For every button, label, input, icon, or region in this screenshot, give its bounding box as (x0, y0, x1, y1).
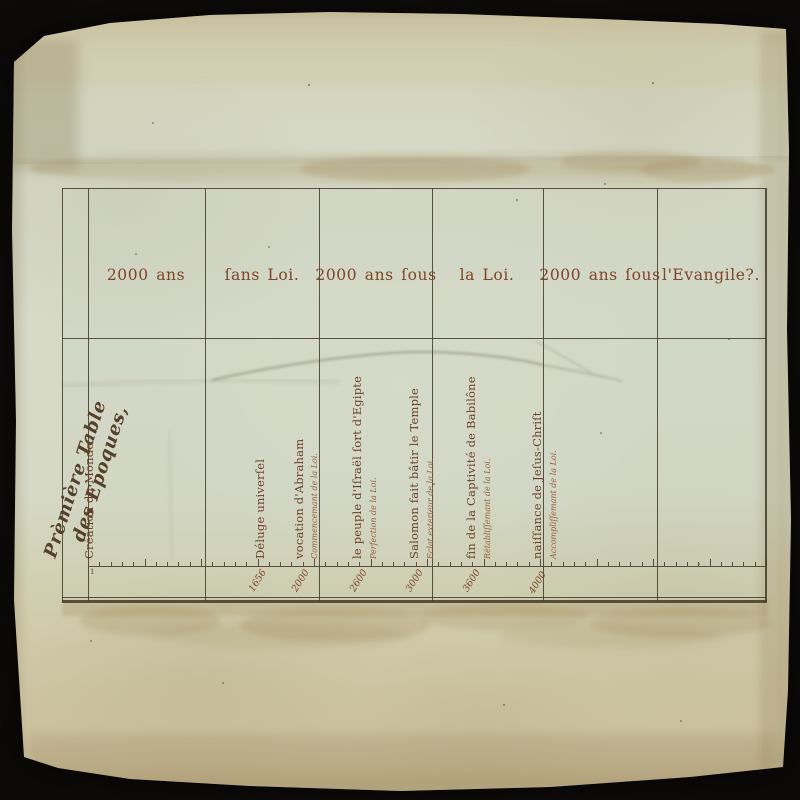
timeline-tick (246, 562, 247, 566)
paper-shadow-wrap: 2000 ans ſans Loi. 2000 ans ſous la Loi.… (0, 0, 800, 800)
timeline-tick (145, 559, 146, 566)
paper-stain (30, 148, 775, 190)
column-divider (319, 188, 320, 601)
column-divider (205, 188, 206, 601)
paper-stain (8, 40, 78, 170)
timeline-tick (269, 562, 270, 566)
paper-stain (300, 156, 530, 182)
period-header-cell: ſans Loi. (225, 266, 300, 284)
timeline-tick (122, 562, 123, 566)
event-label: naiſſance de Jeſus-Chriſt (531, 411, 544, 559)
paper-sheet: 2000 ans ſans Loi. 2000 ans ſous la Loi.… (0, 0, 800, 800)
timeline-tick (710, 559, 711, 566)
table-border-right (765, 189, 767, 602)
timeline-tick (337, 562, 338, 566)
water-tide-mark (80, 606, 220, 636)
timeline-axis (88, 566, 766, 567)
timeline-tick (653, 559, 654, 566)
timeline-tick (201, 559, 202, 566)
event-label: vocation d'Abraham (293, 439, 306, 559)
event-note: Rétabliſſemant de la Loi. (483, 459, 492, 559)
ink-speck (503, 704, 505, 706)
timeline-origin-mark: 1 (90, 568, 94, 576)
water-tide-mark (420, 604, 590, 630)
event-label: Création du Monde (83, 443, 96, 559)
paper-texture (0, 0, 800, 800)
timeline-tick (258, 559, 259, 566)
water-tide-mark (150, 622, 410, 648)
timeline-tick (495, 562, 496, 566)
timeline-tick (382, 562, 383, 566)
ink-speck (90, 640, 92, 642)
timeline-tick (178, 562, 179, 566)
water-tide-mark (500, 624, 720, 648)
timeline-tick (371, 559, 372, 566)
timeline-tick (597, 559, 598, 566)
period-header-cell: 2000 ans ſous (539, 266, 660, 284)
timeline-tick (540, 559, 541, 566)
event-year: 2600 (349, 568, 370, 594)
event-note: Commencemant de la Loi. (310, 453, 319, 559)
timeline-tick (766, 559, 767, 566)
timeline-tick (664, 562, 665, 566)
event-label: fin de la Captivité de Babilône (465, 376, 478, 559)
column-divider (657, 188, 658, 601)
timeline-tick (416, 562, 417, 566)
timeline-tick (427, 559, 428, 566)
table-border-bottom-thick (62, 600, 767, 603)
timeline-tick (393, 562, 394, 566)
timeline-tick (574, 562, 575, 566)
photo-backdrop: 2000 ans ſans Loi. 2000 ans ſous la Loi.… (0, 0, 800, 800)
ink-speck (135, 253, 137, 255)
period-header-cell: la Loi. (460, 266, 515, 284)
ink-speck (152, 122, 154, 124)
header-separator-line (62, 338, 766, 339)
water-tide-mark (62, 602, 767, 616)
paper-stain (30, 735, 775, 787)
event-note: Eclat exterieur de la Loi. (426, 458, 435, 559)
timeline-tick (506, 562, 507, 566)
timeline-tick (167, 562, 168, 566)
water-tide-mark (240, 608, 430, 642)
timeline-tick (551, 562, 552, 566)
ink-speck (698, 563, 700, 565)
timeline-tick (450, 562, 451, 566)
timeline-tick (314, 559, 315, 566)
event-year: 3000 (405, 568, 426, 594)
timeline-tick (743, 562, 744, 566)
timeline-tick (461, 562, 462, 566)
period-header-cell: l'Evangile?. (662, 266, 760, 284)
event-year: 2000 (291, 568, 312, 594)
event-year: 4000 (528, 570, 549, 596)
timeline-tick (529, 562, 530, 566)
timeline-tick (608, 562, 609, 566)
timeline-tick (235, 562, 236, 566)
timeline-tick (404, 562, 405, 566)
paper-stain (640, 158, 760, 182)
ink-speck (728, 338, 730, 340)
period-header-cell: 2000 ans (107, 266, 185, 284)
timeline-tick (156, 562, 157, 566)
event-label: Salomon fait bâtir le Temple (408, 388, 421, 559)
ink-speck (222, 682, 224, 684)
paper-stain (560, 150, 700, 172)
ink-speck (604, 183, 606, 185)
ink-speck (516, 199, 518, 201)
timeline-tick (755, 562, 756, 566)
paper-stain (760, 30, 786, 770)
ink-speck (680, 720, 682, 722)
timeline-tick (325, 562, 326, 566)
timeline-tick (348, 562, 349, 566)
table-border-top (62, 188, 767, 189)
timeline-tick (732, 562, 733, 566)
timeline-tick (303, 562, 304, 566)
timeline-tick (630, 562, 631, 566)
event-year: 1656 (248, 568, 269, 594)
timeline-tick (676, 562, 677, 566)
timeline-tick (280, 562, 281, 566)
timeline-tick (619, 562, 620, 566)
ink-speck (433, 483, 435, 485)
water-tide-mark (590, 608, 770, 638)
event-note: Accompliſſemant de la Loi. (549, 450, 558, 559)
event-year: 3600 (462, 568, 483, 594)
timeline-tick (585, 562, 586, 566)
timeline-tick (291, 562, 292, 566)
timeline-tick (472, 562, 473, 566)
timeline-tick (687, 562, 688, 566)
table-border-bottom-thin (62, 597, 766, 598)
timeline-tick (224, 562, 225, 566)
timeline-tick (517, 562, 518, 566)
ink-speck (600, 432, 602, 434)
timeline-tick (190, 562, 191, 566)
timeline-tick (359, 562, 360, 566)
timeline-tick (438, 562, 439, 566)
timeline-tick (111, 562, 112, 566)
paper-stain (14, 14, 786, 84)
ink-speck (268, 246, 270, 248)
timeline-tick (721, 562, 722, 566)
timeline-tick (642, 562, 643, 566)
crease-marks (0, 0, 800, 800)
event-label: le peuple d'Iſraël ſort d'Egipte (351, 376, 364, 559)
period-header-cell: 2000 ans ſous (315, 266, 436, 284)
timeline-tick (484, 559, 485, 566)
event-label: Déluge univerſel (254, 459, 267, 559)
event-note: Perfection de la Loi. (369, 477, 378, 559)
ink-speck (652, 82, 654, 84)
timeline-tick (563, 562, 564, 566)
ink-speck (308, 84, 310, 86)
timeline-tick (133, 562, 134, 566)
timeline-tick (99, 562, 100, 566)
timeline-tick (212, 562, 213, 566)
